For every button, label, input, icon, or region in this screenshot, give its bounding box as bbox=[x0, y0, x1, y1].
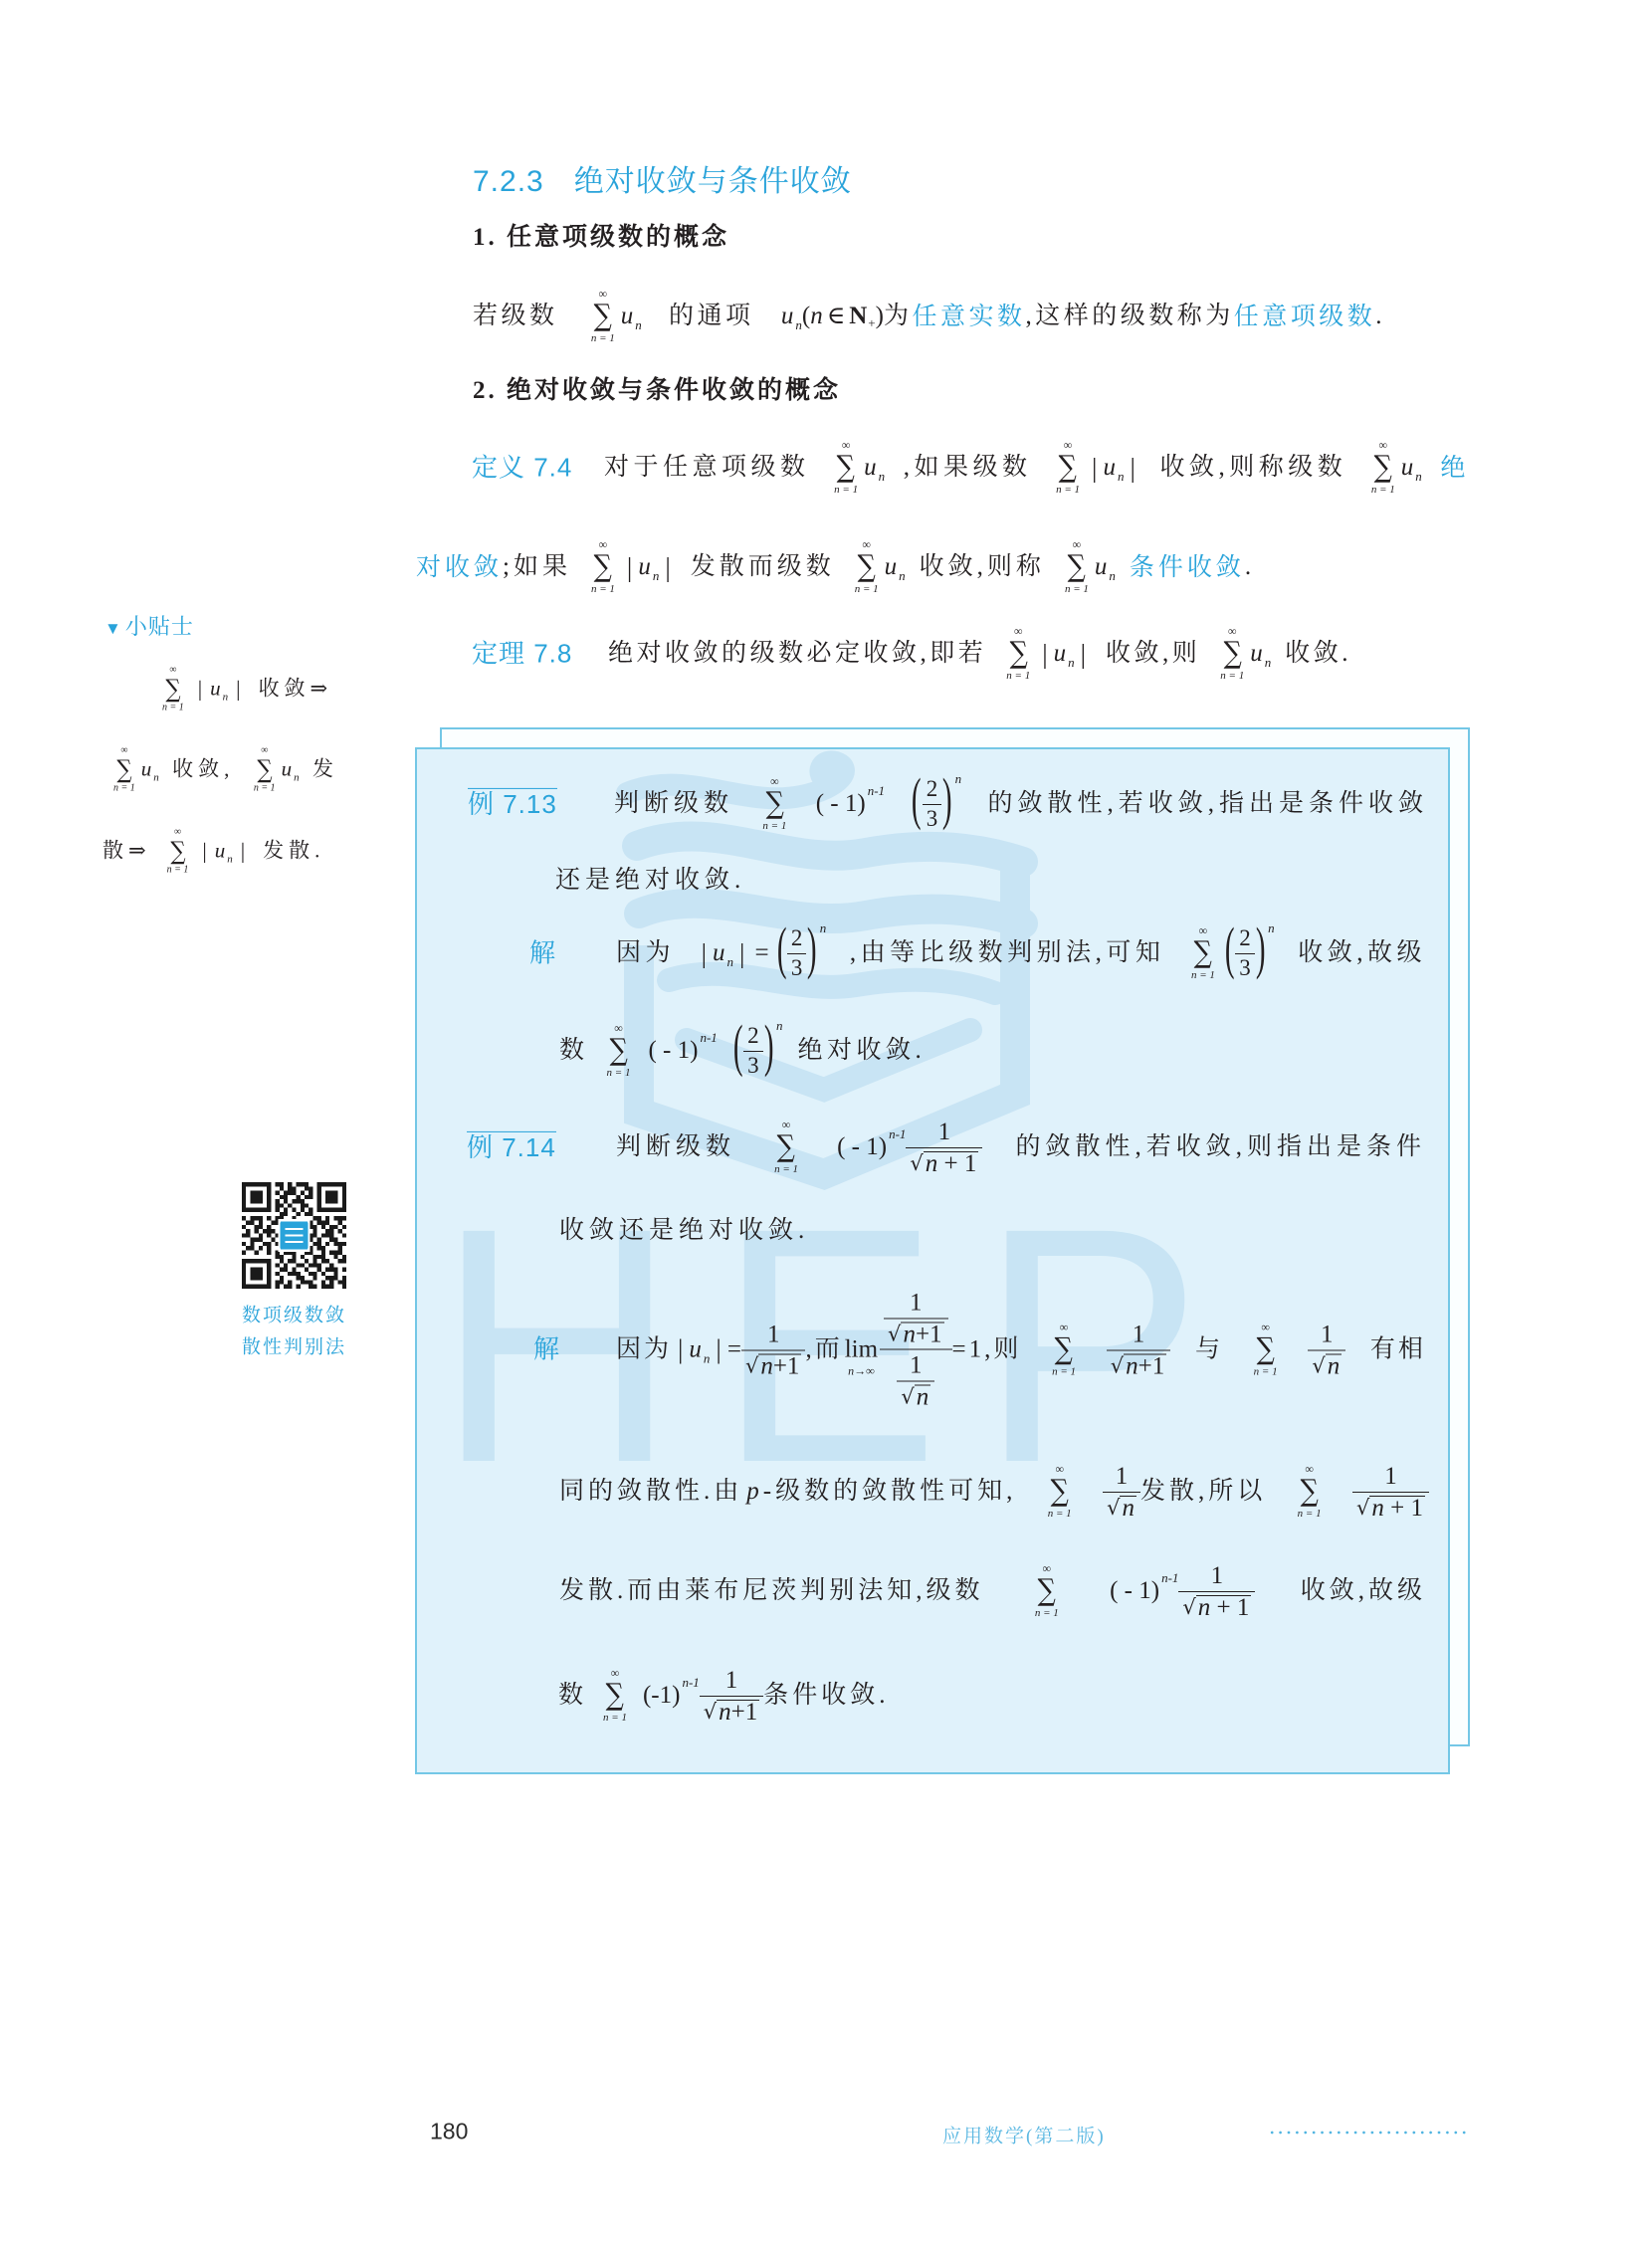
radical-sign: √ bbox=[1111, 1352, 1124, 1378]
summation: ∞∑n = 1 bbox=[113, 745, 135, 794]
tip-title: ▼小贴士 bbox=[104, 614, 194, 640]
plus-one: +1 bbox=[773, 1352, 800, 1379]
limit-operator: limn→∞ bbox=[845, 1323, 878, 1377]
numerator: 1 bbox=[1107, 1321, 1171, 1350]
solution-13-line-1: 因为 |un|=(23)n ,由等比级数判别法,可知 ∞∑n = 1(23)n … bbox=[616, 924, 1426, 982]
variable-n: n bbox=[1198, 1594, 1211, 1621]
abs-bar: | bbox=[627, 554, 632, 581]
text-segment: 判断级数 bbox=[616, 1132, 735, 1162]
subscript-n: n bbox=[704, 1350, 711, 1366]
page-number: 180 bbox=[430, 2119, 468, 2145]
summation: ∞∑n = 1 bbox=[1371, 439, 1395, 497]
sigma-symbol: ∑ bbox=[609, 1035, 627, 1067]
series-sum-abs-u-n: ∞∑n = 1|un| bbox=[1000, 625, 1092, 683]
exponent-n: n bbox=[955, 771, 962, 787]
summation: ∞∑n = 1 bbox=[1035, 1562, 1059, 1620]
subsection-heading-2: 2. 绝对收敛与条件收敛的概念 bbox=[473, 376, 841, 406]
right-paren: ) bbox=[876, 302, 884, 331]
subscript-plus: + bbox=[868, 315, 875, 331]
series-sum-u-n: ∞∑n = 1un bbox=[1214, 625, 1271, 683]
sum-lower-limit: n = 1 bbox=[591, 583, 615, 596]
series-sum-abs-u-n: ∞∑n = 1|un| bbox=[156, 665, 249, 713]
fraction-one-over-sqrt-n: 1√n bbox=[897, 1352, 934, 1410]
text-segment: . bbox=[1375, 302, 1385, 331]
series-sum-u-n: ∞∑n = 1un bbox=[1365, 439, 1422, 497]
term-u-n: un bbox=[621, 302, 642, 331]
square-root: √n + 1 bbox=[1182, 1594, 1251, 1620]
text-segment: 散⇒ bbox=[103, 838, 151, 863]
exponent-n-minus-1: n-1 bbox=[700, 1030, 717, 1046]
sum-lower-limit: n = 1 bbox=[1035, 1607, 1059, 1620]
variable-n: n bbox=[810, 302, 823, 331]
abs-bar: | bbox=[716, 1336, 721, 1363]
theorem-line: 绝对收敛的级数必定收敛,即若 ∞∑n = 1|un| 收敛,则 ∞∑n = 1u… bbox=[608, 625, 1351, 683]
series-sum-abs-u-n: ∞∑n = 1|un| bbox=[1050, 439, 1141, 497]
subscript-n: n bbox=[223, 691, 229, 704]
sum-lower-limit: n = 1 bbox=[834, 484, 858, 497]
text-segment: 收敛⇒ bbox=[259, 676, 333, 701]
subscript-n: n bbox=[653, 568, 660, 584]
element-of-symbol: ∈ bbox=[827, 302, 846, 331]
text-segment: 绝对收敛的级数必定收敛,即若 bbox=[608, 639, 986, 669]
fraction-two-thirds: 23 bbox=[1235, 926, 1255, 981]
plus-one: +1 bbox=[1138, 1352, 1165, 1379]
alternating-sign: (-1)n-1 bbox=[643, 1681, 700, 1711]
abs-bar: | bbox=[678, 1336, 683, 1363]
text-segment: ,如果级数 bbox=[904, 453, 1032, 483]
subsection-title: 2. 绝对收敛与条件收敛的概念 bbox=[473, 376, 841, 406]
highlight-term: 绝 bbox=[1440, 453, 1470, 483]
summation: ∞∑n = 1 bbox=[1254, 1321, 1278, 1378]
subscript-n: n bbox=[153, 771, 159, 784]
summation: ∞∑n = 1 bbox=[762, 775, 786, 833]
solution-14-line-4: 数 ∞∑n = 1 (-1)n-11√n+1条件收敛. bbox=[558, 1667, 890, 1725]
two-thirds-power: (23)n bbox=[1224, 924, 1275, 982]
right-paren: ) bbox=[942, 770, 952, 828]
radicand: n + 1 bbox=[1196, 1595, 1252, 1620]
subscript-n: n bbox=[227, 853, 233, 866]
radical-sign: √ bbox=[1107, 1495, 1120, 1521]
text-segment: 收敛,故级 bbox=[1301, 1576, 1426, 1606]
text-segment: =1,则 bbox=[952, 1334, 1022, 1364]
text-group: 同的敛散性.由p-级数的敛散性可知, bbox=[559, 1477, 1016, 1507]
definition-label: 定义 7.4 bbox=[472, 452, 572, 483]
subscript-n: n bbox=[1109, 568, 1116, 584]
denominator: √n+1 bbox=[884, 1320, 948, 1347]
variable-n: n bbox=[1122, 1495, 1135, 1522]
text-segment: 发散.而由莱布尼茨判别法知,级数 bbox=[559, 1576, 984, 1606]
sum-lower-limit: n = 1 bbox=[1006, 670, 1030, 683]
sigma-symbol: ∑ bbox=[1301, 1476, 1319, 1508]
solution-label: 解 bbox=[529, 937, 556, 968]
term-u-n: un bbox=[1401, 453, 1422, 483]
text-segment: . bbox=[1245, 552, 1255, 582]
denominator: 3 bbox=[787, 954, 807, 981]
numerator: 2 bbox=[743, 1024, 763, 1052]
sigma-symbol: ∑ bbox=[165, 676, 180, 703]
text-segment: ,这样的级数称为 bbox=[1025, 302, 1233, 331]
sum-lower-limit: n = 1 bbox=[1056, 484, 1080, 497]
summation: ∞∑n = 1 bbox=[1191, 924, 1215, 982]
radical-sign: √ bbox=[1356, 1495, 1369, 1521]
summation: ∞∑n = 1 bbox=[1056, 439, 1080, 497]
sum-lower-limit: n = 1 bbox=[1220, 670, 1244, 683]
abs-u-n: |un| bbox=[1036, 639, 1092, 669]
abs-u-n: |un| bbox=[1086, 453, 1141, 483]
text-segment: 收敛,则称 bbox=[920, 552, 1045, 582]
alternating-sign: ( - 1)n-1 bbox=[1110, 1576, 1178, 1606]
radical-sign: √ bbox=[901, 1384, 914, 1410]
series-sum-abs-u-n: ∞∑n = 1|un| bbox=[161, 827, 254, 876]
u-symbol: u bbox=[1401, 453, 1414, 483]
subsection-heading-1: 1. 任意项级数的概念 bbox=[473, 223, 729, 253]
u-symbol: u bbox=[215, 838, 226, 863]
exponent-n-minus-1: n-1 bbox=[682, 1675, 699, 1691]
negative-one: ( - 1) bbox=[837, 1132, 887, 1162]
u-symbol: u bbox=[864, 453, 877, 483]
text-segment: 收敛还是绝对收敛. bbox=[559, 1216, 809, 1246]
radicand: n bbox=[915, 1385, 931, 1410]
text-segment: 收敛,则 bbox=[1106, 639, 1200, 669]
variable-n: n bbox=[1371, 1495, 1384, 1522]
limit-comparison-clause: 因为|un|=1√n+1,而limn→∞1√n+11√n=1,则 bbox=[616, 1290, 1021, 1410]
left-paren: ( bbox=[733, 1017, 743, 1075]
text-segment: 数 bbox=[558, 1681, 587, 1711]
abs-bar: | bbox=[702, 940, 707, 967]
abs-bar: | bbox=[236, 678, 240, 700]
subscript-n: n bbox=[1415, 469, 1422, 485]
denominator: 3 bbox=[923, 805, 942, 832]
solution-label: 解 bbox=[533, 1333, 560, 1364]
right-paren: ) bbox=[1256, 919, 1266, 977]
sigma-symbol: ∑ bbox=[257, 756, 272, 783]
sigma-symbol: ∑ bbox=[606, 1680, 624, 1712]
denominator: √n bbox=[1308, 1350, 1345, 1378]
definition-line-1: 对于任意项级数 ∞∑n = 1un ,如果级数 ∞∑n = 1|un| 收敛,则… bbox=[604, 439, 1470, 497]
fraction-one-over-sqrt-n-plus-1: 1√n+1 bbox=[884, 1290, 948, 1347]
left-paren: ( bbox=[912, 770, 922, 828]
text-segment: 还是绝对收敛. bbox=[555, 866, 745, 896]
left-paren: ( bbox=[776, 919, 786, 977]
highlight-term: 条件收敛 bbox=[1130, 552, 1245, 582]
abs-u-n: |un| bbox=[672, 1334, 727, 1364]
book-title: 应用数学(第二版) bbox=[942, 2122, 1106, 2148]
solution-13-line-2: 数 ∞∑n = 1 ( - 1)n-1 (23)n 绝对收敛. bbox=[559, 1022, 926, 1080]
summation: ∞∑n = 1 bbox=[162, 665, 184, 713]
text-segment: 因为 bbox=[616, 1334, 672, 1364]
negative-one: ( - 1) bbox=[816, 789, 866, 819]
series-sum-u-n: ∞∑n = 1un bbox=[248, 745, 300, 794]
tip-line-1: ∞∑n = 1|un| 收敛⇒ bbox=[156, 665, 332, 713]
radical-sign: √ bbox=[745, 1352, 758, 1378]
variable-p: p bbox=[746, 1477, 759, 1507]
sigma-symbol: ∑ bbox=[1223, 638, 1241, 670]
radical-sign: √ bbox=[910, 1150, 923, 1176]
negative-one: ( - 1) bbox=[1110, 1576, 1159, 1606]
radicand: n+1 bbox=[717, 1700, 759, 1725]
example-label: 例 7.13 bbox=[468, 788, 557, 820]
section-number: 7.2.3 bbox=[473, 164, 544, 200]
term-u-n: un bbox=[282, 756, 300, 781]
text-group: 条件收敛. bbox=[1130, 552, 1255, 582]
numerator: 1 bbox=[1178, 1562, 1255, 1592]
definition-line-2: 对收敛;如果 ∞∑n = 1|un| 发散而级数 ∞∑n = 1un 收敛,则称… bbox=[416, 538, 1255, 596]
tip-title-text: 小贴士 bbox=[125, 614, 194, 639]
fraction-two-thirds: 23 bbox=[923, 777, 942, 832]
u-symbol: u bbox=[621, 302, 634, 331]
radicand: n+1 bbox=[758, 1353, 801, 1378]
qr-caption-line-1: 数项级数敛 bbox=[242, 1306, 346, 1328]
section-heading: 7.2.3 绝对收敛与条件收敛 bbox=[473, 164, 852, 200]
square-root: √n bbox=[1107, 1495, 1136, 1521]
numerator: 1 bbox=[741, 1321, 806, 1350]
fraction-one-over-sqrt-n-plus-1: 1√n + 1 bbox=[1178, 1562, 1255, 1620]
general-term-clause: un(n∈N+)为任意实数,这样的级数称为任意项级数. bbox=[781, 302, 1385, 331]
text-segment: 数 bbox=[559, 1036, 589, 1066]
sum-lower-limit: n = 1 bbox=[167, 865, 189, 876]
fraction-one-over-sqrt-n-plus-1: 1√n+1 bbox=[1107, 1321, 1171, 1378]
sigma-symbol: ∑ bbox=[837, 452, 855, 484]
alternating-term: ( - 1)n-11√n + 1 bbox=[837, 1119, 982, 1176]
abs-u-n: |un| bbox=[621, 552, 677, 582]
text-segment: 的敛散性,若收敛,则指出是条件 bbox=[1015, 1132, 1426, 1162]
text-segment: ,而 bbox=[805, 1334, 842, 1364]
fraction-one-over-sqrt-n-plus-1: 1√n + 1 bbox=[906, 1119, 982, 1176]
term-u-n: un bbox=[638, 552, 659, 582]
natural-numbers-symbol: N bbox=[849, 302, 867, 331]
alternating-sign: ( - 1)n-1 bbox=[837, 1132, 906, 1162]
sum-lower-limit: n = 1 bbox=[762, 820, 786, 833]
subscript-n: n bbox=[635, 317, 642, 333]
abs-bar: | bbox=[1081, 641, 1086, 668]
abs-u-n: |un| bbox=[194, 838, 253, 863]
plus-one: + 1 bbox=[937, 1150, 976, 1177]
highlight-term: 任意实数 bbox=[912, 302, 1025, 331]
u-symbol: u bbox=[141, 756, 152, 781]
denominator: √n + 1 bbox=[1352, 1493, 1429, 1521]
equals-sign: = bbox=[727, 1334, 741, 1364]
variable-n: n bbox=[1328, 1352, 1341, 1379]
two-thirds-power: (23)n bbox=[776, 924, 827, 982]
sigma-symbol: ∑ bbox=[1257, 1333, 1275, 1365]
subscript-n: n bbox=[795, 317, 802, 333]
conclusion-clause: (-1)n-11√n+1条件收敛. bbox=[643, 1667, 890, 1725]
subscript-n: n bbox=[879, 469, 886, 485]
numerator: 1 bbox=[897, 1352, 934, 1382]
alternating-term: ( - 1)n-11√n + 1 bbox=[1110, 1562, 1255, 1620]
theorem-label: 定理 7.8 bbox=[472, 638, 572, 669]
negative-one: (-1) bbox=[643, 1681, 680, 1711]
abs-equals-two-thirds: |un|=(23)n bbox=[696, 924, 830, 982]
u-symbol: u bbox=[1054, 639, 1067, 669]
summation: ∞∑n = 1 bbox=[591, 288, 615, 345]
summation: ∞∑n = 1 bbox=[254, 745, 276, 794]
square-root: √n+1 bbox=[745, 1352, 802, 1378]
example-14-line-1: 判断级数 ∞∑n = 1 ( - 1)n-11√n + 1 的敛散性,若收敛,则… bbox=[616, 1119, 1426, 1176]
u-symbol: u bbox=[210, 676, 221, 701]
qr-caption-line-2: 散性判别法 bbox=[242, 1337, 346, 1360]
text-segment: 若级数 bbox=[473, 302, 558, 331]
term-u-n: un bbox=[1095, 552, 1116, 582]
qr-code bbox=[242, 1182, 346, 1289]
highlight-term: 任意项级数 bbox=[1234, 302, 1376, 331]
radical-sign: √ bbox=[704, 1699, 717, 1725]
u-symbol: u bbox=[282, 756, 293, 781]
term-u-n: un bbox=[885, 552, 906, 582]
radicand: n bbox=[1326, 1353, 1342, 1378]
square-root: √n+1 bbox=[888, 1322, 944, 1347]
ratio-denominator: 1√n bbox=[880, 1350, 952, 1410]
exponent-n-minus-1: n-1 bbox=[1161, 1570, 1178, 1586]
radicand: n+1 bbox=[1124, 1353, 1166, 1378]
sum-lower-limit: n = 1 bbox=[1254, 1365, 1278, 1378]
summation: ∞∑n = 1 bbox=[774, 1119, 798, 1176]
text-segment: 收敛,故级 bbox=[1298, 938, 1426, 968]
text-segment: 发散. bbox=[263, 838, 324, 863]
plus-one: +1 bbox=[916, 1322, 942, 1348]
plus-one: + 1 bbox=[1384, 1495, 1423, 1522]
abs-bar: | bbox=[202, 840, 206, 862]
alternating-sign: ( - 1)n-1 bbox=[648, 1036, 717, 1066]
sum-lower-limit: n = 1 bbox=[591, 332, 615, 345]
example-14-line-2: 收敛还是绝对收敛. bbox=[559, 1216, 809, 1246]
radicand: n bbox=[1120, 1496, 1136, 1521]
text-segment: 收敛, bbox=[172, 756, 234, 781]
summation: ∞∑n = 1 bbox=[1220, 625, 1244, 683]
sum-lower-limit: n = 1 bbox=[1191, 969, 1215, 982]
subscript-n: n bbox=[1068, 655, 1075, 671]
fraction-one-over-sqrt-n-plus-1: 1√n+1 bbox=[741, 1321, 806, 1378]
sigma-symbol: ∑ bbox=[1055, 1333, 1073, 1365]
exponent-n: n bbox=[1268, 920, 1275, 936]
text-segment: 收敛,则称级数 bbox=[1159, 453, 1346, 483]
text-segment: 为 bbox=[884, 302, 913, 331]
u-symbol: u bbox=[885, 552, 898, 582]
plus-one: +1 bbox=[731, 1699, 758, 1726]
p-series-clause: 1√n发散,所以 bbox=[1103, 1463, 1266, 1521]
two-thirds-power: (23)n bbox=[911, 775, 961, 833]
sigma-symbol: ∑ bbox=[594, 551, 612, 583]
example-13-line-1: 判断级数 ∞∑n = 1 ( - 1)n-1 (23)n 的敛散性,若收敛,指出… bbox=[614, 775, 1428, 833]
abs-u-n: |un| bbox=[190, 676, 249, 701]
denominator: √n + 1 bbox=[906, 1148, 982, 1176]
tip-line-3: 散⇒ ∞∑n = 1|un| 发散. bbox=[103, 827, 324, 876]
exponent-n-minus-1: n-1 bbox=[868, 783, 885, 799]
series-sum-u-n: ∞∑n = 1un bbox=[107, 745, 159, 794]
series-sum-u-n: ∞∑n = 1un bbox=[849, 538, 906, 596]
alternating-sign: ( - 1)n-1 bbox=[816, 789, 885, 819]
text-segment: 发散,所以 bbox=[1140, 1477, 1266, 1507]
term-u-n: un bbox=[1054, 639, 1075, 669]
abs-bar: | bbox=[198, 678, 202, 700]
exponent-n-minus-1: n-1 bbox=[889, 1126, 906, 1142]
subsection-title: 1. 任意项级数的概念 bbox=[473, 223, 729, 253]
sum-lower-limit: n = 1 bbox=[1065, 583, 1089, 596]
subscript-n: n bbox=[899, 568, 906, 584]
sum-lower-limit: n = 1 bbox=[1048, 1508, 1072, 1521]
u-symbol: u bbox=[1103, 453, 1116, 483]
text-segment: 发 bbox=[312, 756, 338, 781]
negative-one: ( - 1) bbox=[648, 1036, 698, 1066]
lim-label: lim bbox=[845, 1337, 878, 1362]
numerator: 1 bbox=[906, 1119, 982, 1148]
numerator: 1 bbox=[1352, 1463, 1429, 1493]
square-root: √n+1 bbox=[704, 1699, 760, 1725]
sum-lower-limit: n = 1 bbox=[607, 1067, 631, 1080]
square-root: √n bbox=[1312, 1352, 1342, 1378]
subscript-n: n bbox=[727, 954, 734, 970]
sum-lower-limit: n = 1 bbox=[603, 1712, 627, 1725]
abs-bar: | bbox=[1092, 455, 1097, 482]
sigma-symbol: ∑ bbox=[1059, 452, 1077, 484]
summation: ∞∑n = 1 bbox=[855, 538, 879, 596]
sum-lower-limit: n = 1 bbox=[774, 1163, 798, 1176]
left-paren: ( bbox=[802, 302, 810, 331]
summation: ∞∑n = 1 bbox=[1052, 1321, 1076, 1378]
sigma-symbol: ∑ bbox=[1194, 937, 1212, 969]
text-segment: 绝对收敛. bbox=[797, 1036, 926, 1066]
variable-n: n bbox=[760, 1352, 773, 1379]
denominator: √n+1 bbox=[700, 1697, 764, 1725]
text-segment: 有相 bbox=[1370, 1334, 1426, 1364]
u-symbol: u bbox=[713, 938, 725, 968]
denominator: √n+1 bbox=[741, 1350, 806, 1378]
highlight-term: 对收敛 bbox=[416, 552, 503, 582]
series-sum-u-n: ∞∑n = 1un bbox=[585, 288, 642, 345]
subscript-n: n bbox=[294, 771, 300, 784]
text-segment: 与 bbox=[1195, 1334, 1223, 1364]
subscript-n: n bbox=[1118, 469, 1125, 485]
subscript-n: n bbox=[1265, 655, 1272, 671]
square-root: √n bbox=[901, 1384, 930, 1410]
term-u-n: un bbox=[713, 938, 733, 968]
variable-n: n bbox=[917, 1384, 929, 1411]
sigma-symbol: ∑ bbox=[1038, 1575, 1056, 1607]
summation: ∞∑n = 1 bbox=[167, 827, 189, 876]
series-sum-abs-u-n: ∞∑n = 1|un| bbox=[585, 538, 677, 596]
variable-n: n bbox=[719, 1699, 731, 1726]
text-segment: 对于任意项级数 bbox=[604, 453, 810, 483]
term-u-n: un bbox=[141, 756, 159, 781]
text-group: 对收敛;如果 bbox=[416, 552, 571, 582]
limit-ratio-fraction: 1√n+11√n bbox=[880, 1290, 952, 1410]
sum-lower-limit: n = 1 bbox=[254, 783, 276, 794]
sum-lower-limit: n = 1 bbox=[113, 783, 135, 794]
denominator: 3 bbox=[1235, 954, 1255, 981]
square-root: √n + 1 bbox=[910, 1150, 978, 1176]
fraction-one-over-sqrt-n: 1√n bbox=[1308, 1321, 1345, 1378]
footer-dotted-rule bbox=[1268, 2131, 1470, 2135]
u-symbol: u bbox=[689, 1334, 702, 1364]
solution-14-line-3: 发散.而由莱布尼茨判别法知,级数 ∞∑n = 1 ( - 1)n-11√n + … bbox=[559, 1562, 1426, 1620]
abs-u-n: |un| bbox=[696, 938, 751, 968]
example-label: 例 7.14 bbox=[467, 1131, 556, 1163]
radical-sign: √ bbox=[888, 1322, 901, 1347]
section-title: 绝对收敛与条件收敛 bbox=[574, 164, 852, 200]
example-13-line-2: 还是绝对收敛. bbox=[555, 866, 745, 896]
denominator: 3 bbox=[743, 1052, 763, 1079]
text-segment: 判断级数 bbox=[614, 789, 733, 819]
equals-sign: = bbox=[754, 938, 768, 968]
sum-lower-limit: n = 1 bbox=[1298, 1508, 1322, 1521]
sigma-symbol: ∑ bbox=[1051, 1476, 1069, 1508]
ratio-numerator: 1√n+1 bbox=[880, 1290, 952, 1350]
text-segment: ;如果 bbox=[503, 552, 571, 582]
sigma-symbol: ∑ bbox=[765, 788, 783, 820]
u-symbol: u bbox=[781, 302, 794, 331]
variable-n: n bbox=[903, 1322, 916, 1348]
text-segment: 条件收敛. bbox=[763, 1681, 889, 1711]
